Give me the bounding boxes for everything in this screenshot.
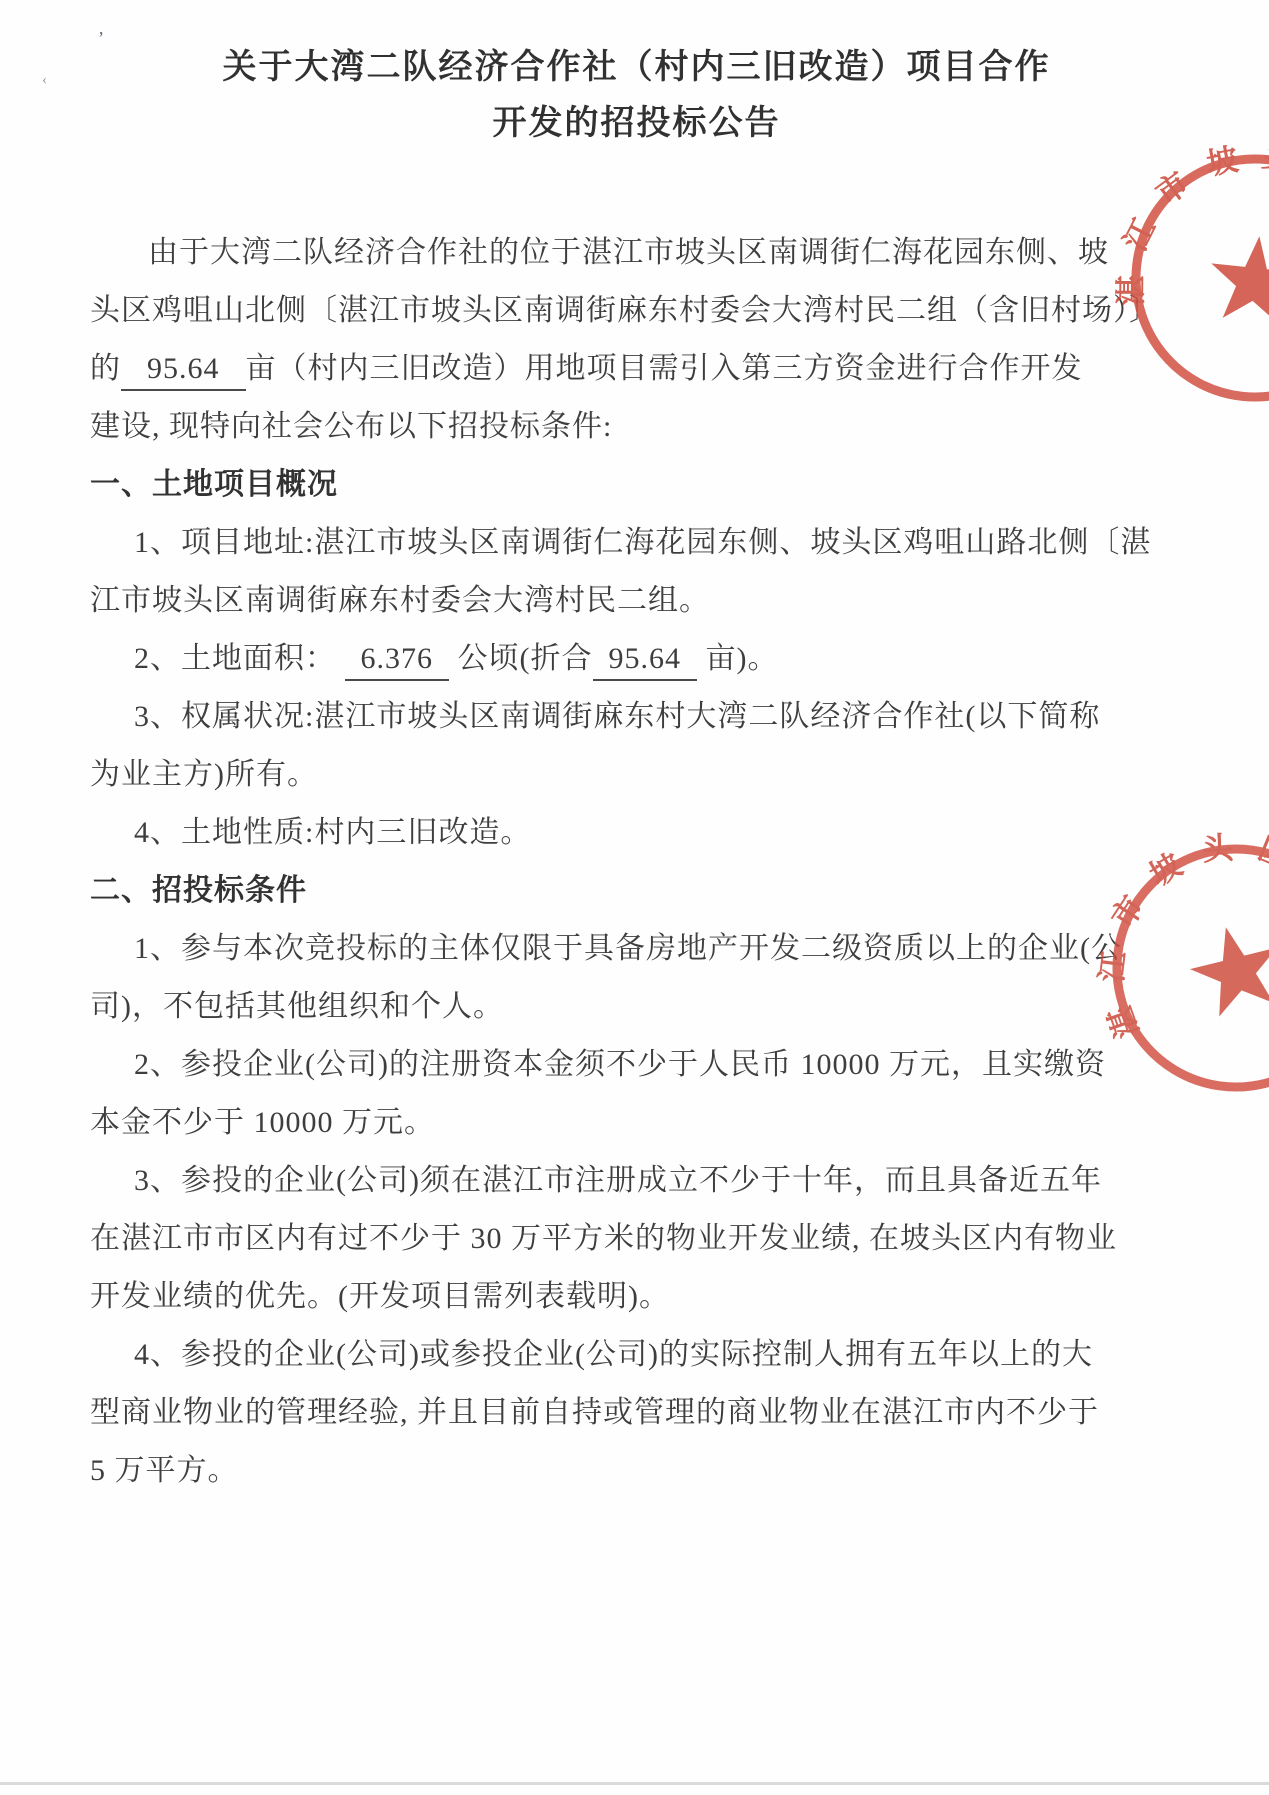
document-line: 型商业物业的管理经验, 并且目前自持或管理的商业物业在湛江市内不少于 [90, 1384, 1183, 1442]
document-line: 本金不少于 10000 万元。 [90, 1094, 1183, 1152]
document-line: 在湛江市市区内有过不少于 30 万平方米的物业开发业绩, 在坡头区内有物业 [90, 1210, 1183, 1268]
document-line: 4、土地性质:村内三旧改造。 [90, 804, 1183, 862]
document-line: 的95.64亩（村内三旧改造）用地项目需引入第三方资金进行合作开发 [90, 340, 1183, 398]
document-line: 3、参投的企业(公司)须在湛江市注册成立不少于十年，而且具备近五年 [90, 1152, 1183, 1210]
document-text: 4、参投的企业(公司)或参投企业(公司)的实际控制人拥有五年以上的大 [134, 1338, 1093, 1371]
scan-artifact-mark: ‹ [42, 72, 47, 89]
document-line: 头区鸡咀山北侧〔湛江市坡头区南调街麻东村委会大湾村民二组（含旧村场）〕 [90, 282, 1183, 340]
document-line: 2、土地面积： 6.376 公顷(折合95.64 亩)。 [90, 630, 1183, 688]
document-line: 2、参投企业(公司)的注册资本金须不少于人民币 10000 万元，且实缴资 [90, 1036, 1183, 1094]
document-text: 一、土地项目概况 [90, 468, 338, 501]
document-line: 一、土地项目概况 [90, 456, 1183, 514]
document-text: 亩（村内三旧改造）用地项目需引入第三方资金进行合作开发 [246, 352, 1083, 385]
document-text: 头区鸡咀山北侧〔湛江市坡头区南调街麻东村委会大湾村民二组（含旧村场）〕 [90, 294, 1160, 327]
scanned-document-page: ’ ‹ 关于大湾二队经济合作社（村内三旧改造）项目合作 开发的招投标公告 由于大… [0, 0, 1269, 1795]
document-line: 4、参投的企业(公司)或参投企业(公司)的实际控制人拥有五年以上的大 [90, 1326, 1183, 1384]
document-title-line-2: 开发的招投标公告 [90, 96, 1183, 152]
document-text: 4、土地性质:村内三旧改造。 [134, 816, 531, 849]
document-line: 5 万平方。 [90, 1442, 1183, 1500]
document-content: 关于大湾二队经济合作社（村内三旧改造）项目合作 开发的招投标公告 由于大湾二队经… [90, 40, 1183, 1500]
document-text: 二、招投标条件 [90, 874, 307, 907]
document-line: 司)，不包括其他组织和个人。 [90, 978, 1183, 1036]
blank-underline-value: 6.376 [345, 639, 450, 681]
document-text: 公顷(折合 [449, 642, 593, 675]
document-text: 开发业绩的优先。(开发项目需列表载明)。 [90, 1280, 670, 1313]
document-line: 为业主方)所有。 [90, 746, 1183, 804]
document-text: 型商业物业的管理经验, 并且目前自持或管理的商业物业在湛江市内不少于 [90, 1396, 1099, 1429]
page-bottom-scan-edge [0, 1782, 1269, 1785]
seal-star-icon [1206, 232, 1269, 326]
document-text: 江市坡头区南调街麻东村委会大湾村民二组。 [90, 584, 710, 617]
document-text: 为业主方)所有。 [90, 758, 318, 791]
document-line: 二、招投标条件 [90, 862, 1183, 920]
document-line: 1、项目地址:湛江市坡头区南调街仁海花园东侧、坡头区鸡咀山路北侧〔湛 [90, 514, 1183, 572]
document-text: 1、参与本次竞投标的主体仅限于具备房地产开发二级资质以上的企业(公 [134, 932, 1122, 965]
document-text: 2、参投企业(公司)的注册资本金须不少于人民币 10000 万元，且实缴资 [134, 1048, 1106, 1081]
document-text: 的 [90, 352, 121, 385]
document-text: 在湛江市市区内有过不少于 30 万平方米的物业开发业绩, 在坡头区内有物业 [90, 1222, 1117, 1255]
document-line: 建设, 现特向社会公布以下招投标条件: [90, 398, 1183, 456]
document-title-line-1: 关于大湾二队经济合作社（村内三旧改造）项目合作 [90, 40, 1183, 96]
document-text: 由于大湾二队经济合作社的位于湛江市坡头区南调街仁海花园东侧、坡 [148, 236, 1109, 269]
blank-underline-value: 95.64 [593, 639, 698, 681]
document-text: 亩)。 [697, 642, 779, 675]
document-text: 建设, 现特向社会公布以下招投标条件: [90, 410, 612, 443]
document-text: 3、参投的企业(公司)须在湛江市注册成立不少于十年，而且具备近五年 [134, 1164, 1102, 1197]
document-line: 江市坡头区南调街麻东村委会大湾村民二组。 [90, 572, 1183, 630]
document-line: 3、权属状况:湛江市坡头区南调街麻东村大湾二队经济合作社(以下简称 [90, 688, 1183, 746]
document-text: 1、项目地址:湛江市坡头区南调街仁海花园东侧、坡头区鸡咀山路北侧〔湛 [134, 526, 1151, 559]
document-line: 开发业绩的优先。(开发项目需列表载明)。 [90, 1268, 1183, 1326]
document-text: 5 万平方。 [90, 1454, 239, 1487]
document-text: 3、权属状况:湛江市坡头区南调街麻东村大湾二队经济合作社(以下简称 [134, 700, 1100, 733]
document-body: 由于大湾二队经济合作社的位于湛江市坡头区南调街仁海花园东侧、坡头区鸡咀山北侧〔湛… [90, 224, 1183, 1500]
document-text: 司)，不包括其他组织和个人。 [90, 990, 504, 1023]
document-line: 1、参与本次竞投标的主体仅限于具备房地产开发二级资质以上的企业(公 [90, 920, 1183, 978]
seal-star-icon [1182, 916, 1269, 1020]
document-line: 由于大湾二队经济合作社的位于湛江市坡头区南调街仁海花园东侧、坡 [90, 224, 1183, 282]
document-text: 本金不少于 10000 万元。 [90, 1106, 435, 1139]
blank-underline-value: 95.64 [121, 349, 246, 391]
document-text: 2、土地面积： [134, 642, 345, 675]
